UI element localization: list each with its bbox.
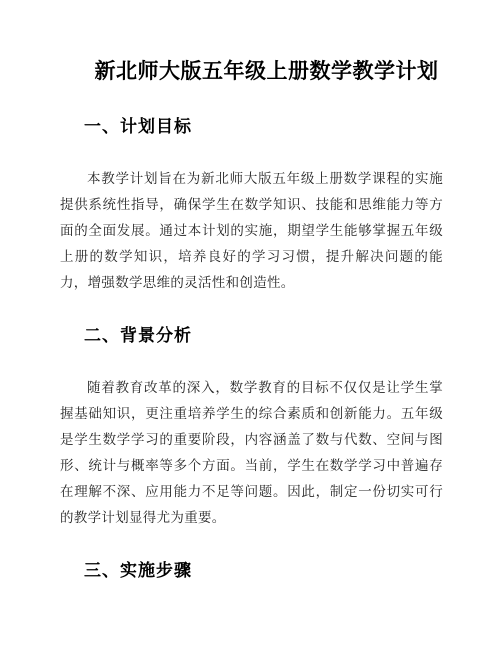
document-title: 新北师大版五年级上册数学教学计划 [60, 57, 443, 87]
paragraph-plan-goals: 本教学计划旨在为新北师大版五年级上册数学课程的实施提供系统性指导，确保学生在数学… [60, 166, 443, 296]
paragraph-background-analysis: 随着教育改革的深入，数学教育的目标不仅仅是让学生掌握基础知识，更注重培养学生的综… [60, 375, 443, 531]
section-heading-background-analysis: 二、背景分析 [84, 324, 443, 348]
section-heading-plan-goals: 一、计划目标 [84, 115, 443, 139]
section-heading-implementation-steps: 三、实施步骤 [84, 559, 443, 583]
document-page: 新北师大版五年级上册数学教学计划 一、计划目标 本教学计划旨在为新北师大版五年级… [0, 0, 500, 647]
